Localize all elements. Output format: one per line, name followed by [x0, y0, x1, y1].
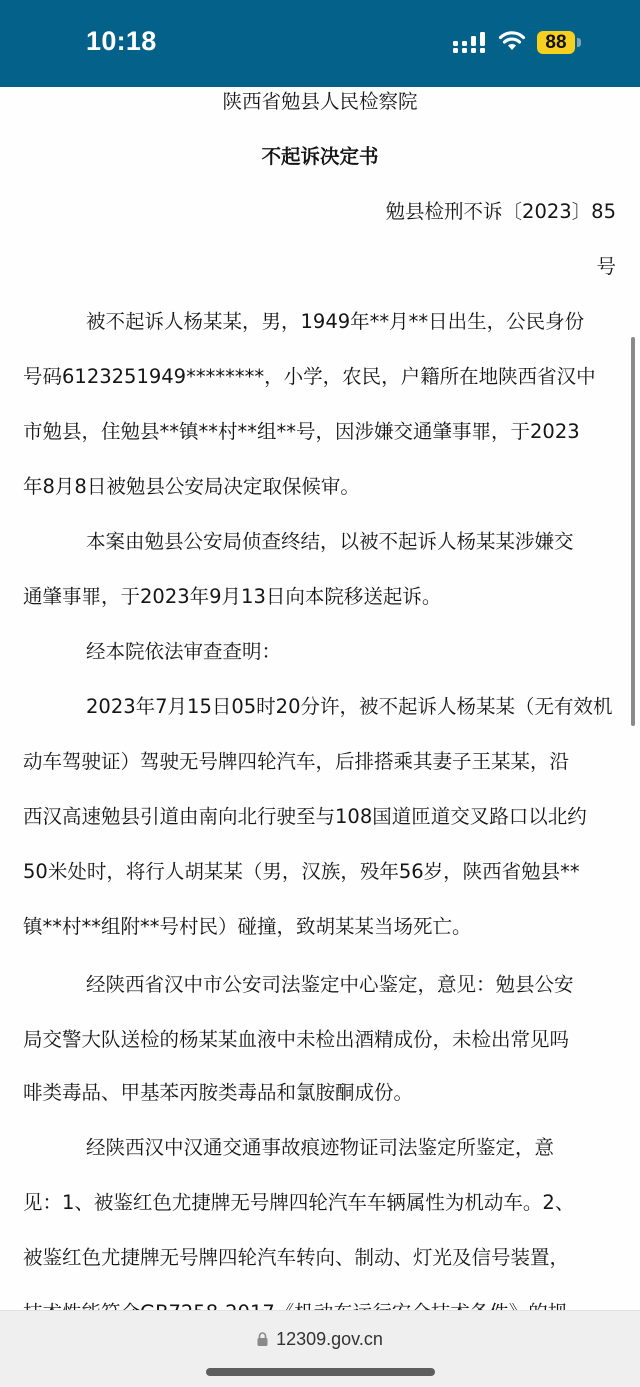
doc-number-suffix: 号	[0, 249, 640, 285]
url-display[interactable]: 12309.gov.cn	[0, 1327, 640, 1351]
browser-address-bar[interactable]: 12309.gov.cn	[0, 1310, 640, 1387]
paragraph-line: 镇**村**组附**号村民）碰撞，致胡某某当场死亡。	[0, 909, 640, 945]
cellular-signal-icon	[453, 32, 487, 53]
doc-title: 不起诉决定书	[0, 139, 640, 175]
wifi-icon	[498, 30, 526, 52]
url-text[interactable]: 12309.gov.cn	[276, 1329, 383, 1350]
paragraph-line: 经本院依法审查查明：	[0, 634, 640, 670]
paragraph-line: 啡类毒品、甲基苯丙胺类毒品和氯胺酮成份。	[0, 1075, 640, 1111]
vertical-scrollbar[interactable]	[631, 337, 635, 726]
battery-level: 88	[545, 32, 566, 54]
document-viewer[interactable]: 陕西省勉县人民检察院 不起诉决定书 勉县检刑不诉〔2023〕85 号 被不起诉人…	[0, 87, 640, 1310]
paragraph-line: 动车驾驶证）驾驶无号牌四轮汽车，后排搭乘其妻子王某某，沿	[0, 744, 640, 780]
paragraph-line: 被不起诉人杨某某，男，1949年**月**日出生，公民身份	[0, 304, 640, 340]
paragraph-line: 2023年7月15日05时20分许，被不起诉人杨某某（无有效机	[0, 689, 640, 725]
paragraph-line: 通肇事罪，于2023年9月13日向本院移送起诉。	[0, 579, 640, 615]
paragraph-line: 50米处时，将行人胡某某（男，汉族，殁年56岁，陕西省勉县**	[0, 854, 640, 890]
org-name: 陕西省勉县人民检察院	[0, 87, 640, 120]
paragraph-line: 年8月8日被勉县公安局决定取保候审。	[0, 469, 640, 505]
status-time: 10:18	[86, 26, 157, 57]
lock-icon	[257, 1332, 268, 1346]
home-indicator[interactable]	[206, 1368, 435, 1376]
paragraph-line: 被鉴红色尤捷牌无号牌四轮汽车转向、制动、灯光及信号装置，	[0, 1240, 640, 1276]
paragraph-line: 局交警大队送检的杨某某血液中未检出酒精成份，未检出常见吗	[0, 1022, 640, 1058]
paragraph-line: 西汉高速勉县引道由南向北行驶至与108国道匝道交叉路口以北约	[0, 799, 640, 835]
doc-number: 勉县检刑不诉〔2023〕85	[0, 194, 640, 230]
paragraph-line: 市勉县，住勉县**镇**村**组**号，因涉嫌交通肇事罪，于2023	[0, 414, 640, 450]
battery-indicator: 88	[537, 31, 575, 54]
paragraph-line: 见：1、被鉴红色尤捷牌无号牌四轮汽车车辆属性为机动车。2、	[0, 1185, 640, 1221]
battery-cap-icon	[577, 38, 581, 47]
paragraph-line: 技术性能符合GB7258-2017《机动车运行安全技术条件》的规	[0, 1295, 640, 1310]
status-bar: 10:18 88	[0, 0, 640, 87]
paragraph-line: 号码6123251949********，小学，农民，户籍所在地陕西省汉中	[0, 359, 640, 395]
paragraph-line: 经陕西省汉中市公安司法鉴定中心鉴定，意见：勉县公安	[0, 967, 640, 1003]
paragraph-line: 经陕西汉中汉通交通事故痕迹物证司法鉴定所鉴定，意	[0, 1130, 640, 1166]
paragraph-line: 本案由勉县公安局侦查终结，以被不起诉人杨某某涉嫌交	[0, 524, 640, 560]
